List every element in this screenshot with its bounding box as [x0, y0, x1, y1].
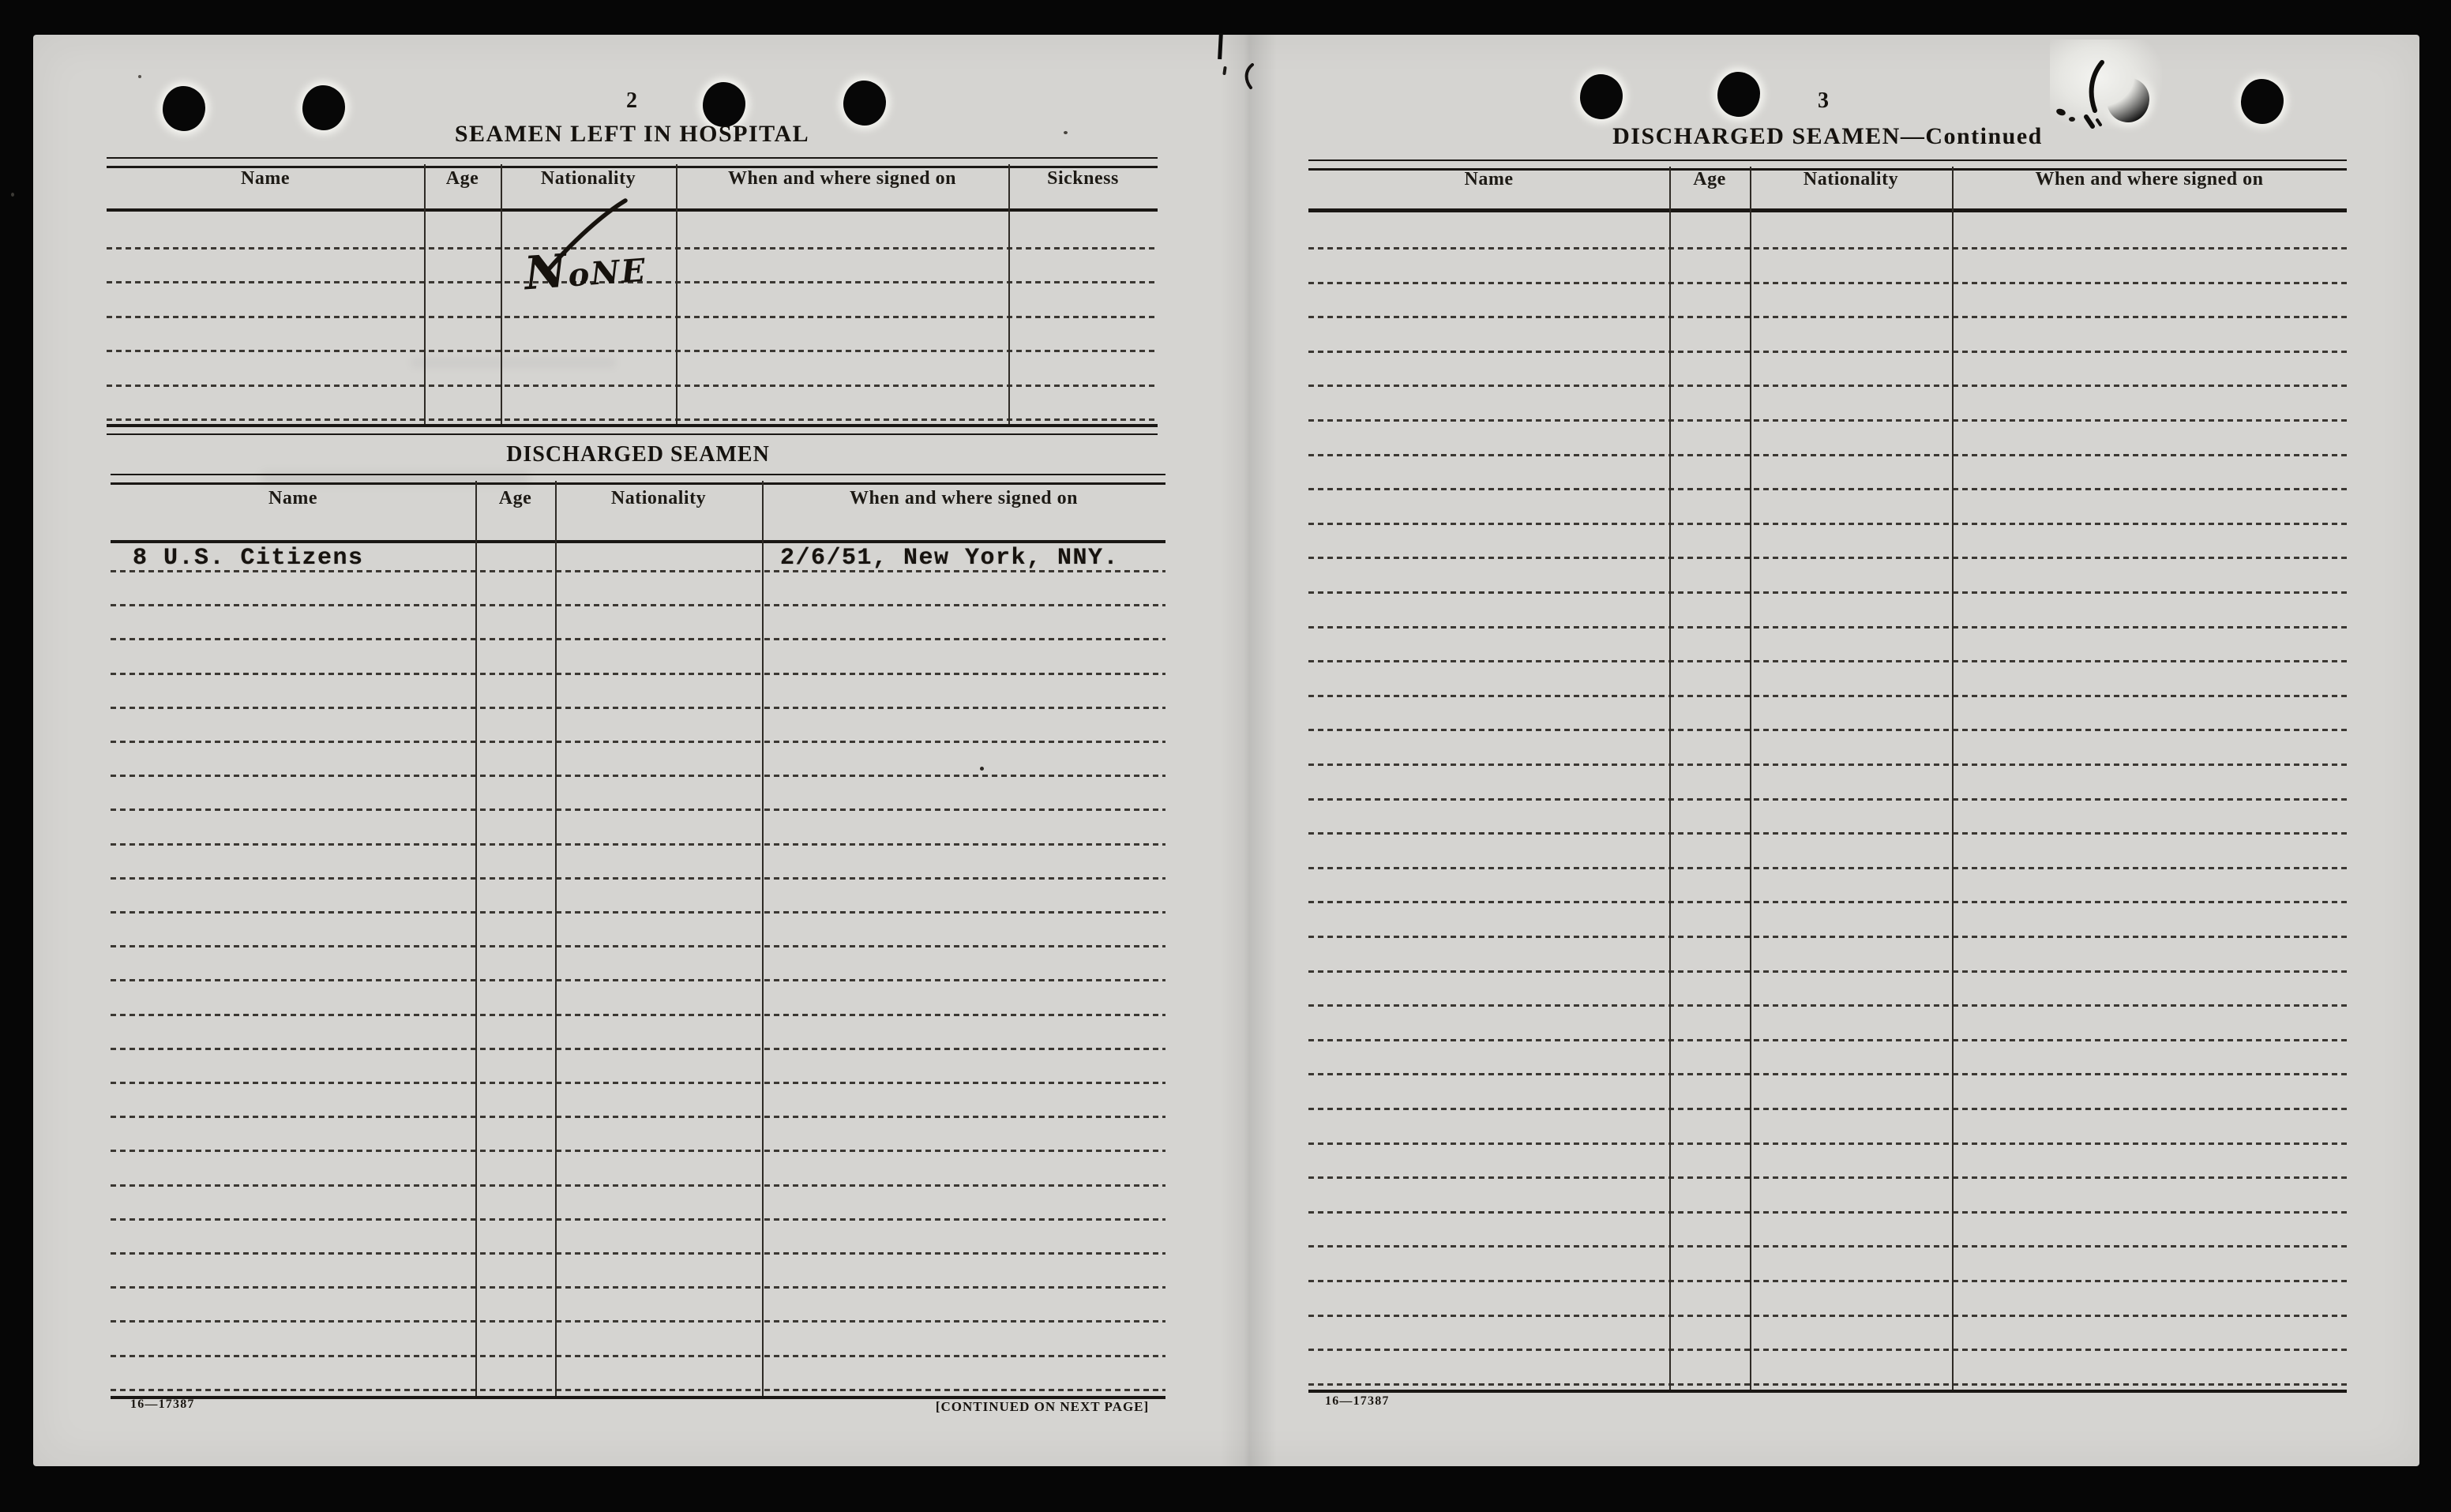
column-divider	[1669, 167, 1671, 1390]
ruled-row-line	[1308, 936, 2347, 938]
ruled-row-line	[1308, 1245, 2347, 1247]
ruled-row-line	[111, 570, 1165, 572]
column-divider	[424, 164, 426, 425]
page-fold-seam	[1220, 35, 1277, 1466]
ruled-row-line	[111, 775, 1165, 777]
ruled-row-line	[1308, 1349, 2347, 1351]
ruled-row-line	[111, 809, 1165, 811]
ruled-row-line	[111, 1082, 1165, 1084]
ruled-row-line	[1308, 1039, 2347, 1041]
ruled-row-line	[107, 350, 1158, 352]
ruled-row-line	[1308, 247, 2347, 249]
table-bottom-rule	[1308, 1390, 2347, 1393]
table-bottom-rule	[107, 424, 1158, 435]
ruled-row-line	[107, 385, 1158, 387]
ruled-rows	[1308, 159, 2347, 1396]
ruled-row-line	[111, 707, 1165, 709]
ruled-row-line	[1308, 867, 2347, 869]
ink-speck	[138, 75, 141, 78]
ruled-row-line	[1308, 798, 2347, 801]
ruled-row-line	[1308, 695, 2347, 697]
ruled-row-line	[1308, 1108, 2347, 1110]
ink-speck	[11, 193, 14, 197]
discharged-table-title: DISCHARGED SEAMEN	[111, 442, 1165, 467]
ruled-row-line	[1308, 729, 2347, 731]
ruled-row-line	[111, 979, 1165, 981]
punch-hole	[843, 81, 886, 126]
punch-hole	[1717, 72, 1760, 117]
ruled-row-line	[1308, 626, 2347, 628]
ruled-row-line	[111, 843, 1165, 846]
ruled-row-line	[1308, 1073, 2347, 1075]
punch-hole	[2241, 79, 2284, 124]
scanned-document-canvas: 2 SEAMEN LEFT IN HOSPITAL Name Age Natio…	[0, 0, 2451, 1512]
column-divider	[676, 164, 677, 425]
column-divider	[1750, 167, 1751, 1390]
ruled-row-line	[111, 1184, 1165, 1187]
ruled-row-line	[111, 1218, 1165, 1221]
ruled-row-line	[1308, 1211, 2347, 1214]
discharged-continued-table: Name Age Nationality When and where sign…	[1308, 159, 2347, 1396]
ruled-row-line	[111, 945, 1165, 947]
left-page-number: 2	[604, 88, 659, 114]
ruled-row-line	[1308, 1142, 2347, 1145]
ruled-row-line	[111, 911, 1165, 914]
column-divider	[762, 481, 764, 1396]
column-divider	[1008, 164, 1010, 425]
column-divider	[1952, 167, 1954, 1390]
ruled-row-line	[111, 673, 1165, 675]
ruled-row-line	[107, 316, 1158, 318]
ruled-row-line	[1308, 523, 2347, 525]
ruled-row-line	[1308, 901, 2347, 903]
ruled-row-line	[111, 1389, 1165, 1391]
ruled-row-line	[111, 1014, 1165, 1016]
ruled-row-line	[1308, 419, 2347, 422]
ruled-row-line	[111, 1320, 1165, 1323]
punch-hole	[1580, 74, 1623, 119]
ruled-row-line	[111, 877, 1165, 880]
handwritten-none-entry: NoNE	[523, 242, 647, 297]
ruled-row-line	[1308, 591, 2347, 594]
ruled-row-line	[111, 1252, 1165, 1255]
form-number-left: 16—17387	[130, 1398, 195, 1412]
ruled-row-line	[1308, 1383, 2347, 1386]
ruled-row-line	[111, 1286, 1165, 1289]
ruled-row-line	[111, 638, 1165, 640]
ruled-rows	[111, 474, 1165, 1401]
form-number-right: 16—17387	[1325, 1394, 1390, 1409]
ruled-row-line	[1308, 832, 2347, 835]
tear-curl-mark	[2081, 60, 2110, 133]
continued-note: [CONTINUED ON NEXT PAGE]	[861, 1399, 1224, 1415]
ruled-row-line	[1308, 557, 2347, 559]
ruled-row-line	[1308, 488, 2347, 490]
ruled-row-line	[1308, 1004, 2347, 1007]
ruled-row-line	[111, 604, 1165, 606]
ruled-row-line	[111, 1355, 1165, 1357]
ruled-row-line	[1308, 385, 2347, 387]
ink-speck	[2069, 117, 2075, 122]
ruled-row-line	[1308, 316, 2347, 318]
ruled-row-line	[1308, 454, 2347, 456]
ruled-row-line	[1308, 351, 2347, 353]
column-divider	[555, 481, 557, 1396]
discharged-table: Name Age Nationality When and where sign…	[111, 474, 1165, 1401]
ruled-row-line	[111, 1150, 1165, 1152]
ruled-row-line	[111, 1048, 1165, 1050]
ruled-row-line	[1308, 1315, 2347, 1317]
column-divider	[475, 481, 477, 1396]
right-page-number: 3	[1796, 88, 1851, 114]
ruled-row-line	[1308, 1176, 2347, 1179]
ruled-row-line	[1308, 970, 2347, 973]
ruled-row-line	[1308, 764, 2347, 766]
discharged-continued-title: DISCHARGED SEAMEN—Continued	[1308, 123, 2347, 150]
ruled-row-line	[107, 418, 1158, 421]
ruled-row-line	[1308, 1280, 2347, 1282]
ruled-row-line	[111, 1116, 1165, 1118]
hospital-table-title: SEAMEN LEFT IN HOSPITAL	[107, 121, 1158, 148]
ruled-row-line	[1308, 660, 2347, 662]
crease-squiggle-mark	[1241, 63, 1257, 90]
ruled-row-line	[1308, 282, 2347, 284]
ruled-row-line	[111, 741, 1165, 743]
